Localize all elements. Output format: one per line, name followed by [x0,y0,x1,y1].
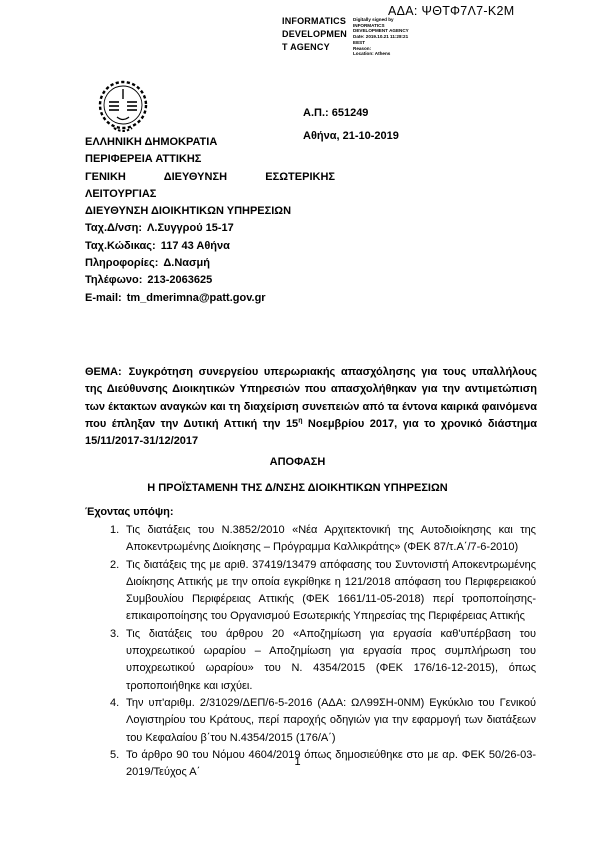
list-item-number: 2. [110,557,126,626]
contact-phone-label: Τηλέφωνο: [85,274,142,286]
contact-information-value: Δ.Νασμή [163,257,210,269]
city-and-date: Αθήνα, 21-10-2019 [303,130,399,142]
subject-paragraph: ΘΕΜΑ:Συγκρότηση συνεργείου υπερωριακής α… [85,364,537,450]
contact-address-value: Λ.Συγγρού 15-17 [147,222,234,234]
list-item: 3. Τις διατάξεις του άρθρου 20 «Αποζημίω… [110,626,536,695]
list-item: 4. Την υπ'αριθμ. 2/31029/ΔΕΠ/6-5-2016 (Α… [110,695,536,747]
signature-details: Digitally signed by INFORMATICS DEVELOPM… [353,15,409,57]
document-page: ΑΔΑ: ΨΘΤΦ7Λ7-Κ2Μ INFORMATICS DEVELOPMEN … [0,0,595,842]
letterhead-block: ΕΛΛΗΝΙΚΗ ΔΗΜΟΚΡΑΤΙΑ ΠΕΡΙΦΕΡΕΙΑ ΑΤΤΙΚΗΣ Γ… [85,134,335,307]
contact-phone: Τηλέφωνο:213-2063625 [85,272,335,289]
contact-email-label: E-mail: [85,292,122,304]
protocol-block: Α.Π.: 651249 Αθήνα, 21-10-2019 [303,107,399,142]
decision-title: ΑΠΟΦΑΣΗ [0,456,595,468]
contact-email: E-mail:tm_dmerimna@patt.gov.gr [85,290,335,307]
org-line-region: ΠΕΡΙΦΕΡΕΙΑ ΑΤΤΙΚΗΣ [85,151,335,168]
legal-basis-list: 1. Τις διατάξεις του Ν.3852/2010 «Νέα Αρ… [110,522,536,781]
contact-postal-code: Ταχ.Κώδικας:117 43 Αθήνα [85,238,335,255]
list-item-number: 1. [110,522,126,557]
org-line-republic: ΕΛΛΗΝΙΚΗ ΔΗΜΟΚΡΑΤΙΑ [85,134,335,151]
decision-subtitle: Η ΠΡΟΪΣΤΑΜΕΝΗ ΤΗΣ Δ/ΝΣΗΣ ΔΙΟΙΚΗΤΙΚΩΝ ΥΠΗ… [0,482,595,494]
list-item: 2. Τις διατάξεις της με αριθ. 37419/1347… [110,557,536,626]
contact-postal-code-value: 117 43 Αθήνα [161,240,230,252]
list-item-number: 3. [110,626,126,695]
subject-label: ΘΕΜΑ: [85,366,122,378]
contact-address-label: Ταχ.Δ/νση: [85,222,142,234]
contact-address: Ταχ.Δ/νση:Λ.Συγγρού 15-17 [85,220,335,237]
list-item-number: 4. [110,695,126,747]
digital-signature-stamp: INFORMATICS DEVELOPMEN T AGENCY Digitall… [282,15,409,57]
signature-agency-name: INFORMATICS DEVELOPMEN T AGENCY [282,15,348,57]
list-item-text: Τις διατάξεις του άρθρου 20 «Αποζημίωση … [126,626,536,695]
contact-information-label: Πληροφορίες: [85,257,158,269]
org-line-directorate: ΔΙΕΥΘΥΝΣΗ ΔΙΟΙΚΗΤΙΚΩΝ ΥΠΗΡΕΣΙΩΝ [85,203,335,220]
contact-phone-value: 213-2063625 [147,274,212,286]
list-item: 1. Τις διατάξεις του Ν.3852/2010 «Νέα Αρ… [110,522,536,557]
org-line-general-directorate: ΓΕΝΙΚΗ ΔΙΕΥΘΥΝΣΗ ΕΣΩΤΕΡΙΚΗΣ ΛΕΙΤΟΥΡΓΙΑΣ [85,169,335,204]
list-item-text: Τις διατάξεις της με αριθ. 37419/13479 α… [126,557,536,626]
contact-email-value: tm_dmerimna@patt.gov.gr [127,292,266,304]
contact-information: Πληροφορίες:Δ.Νασμή [85,255,335,272]
ada-code: ΑΔΑ: ΨΘΤΦ7Λ7-Κ2Μ [388,4,588,18]
list-item-text: Την υπ'αριθμ. 2/31029/ΔΕΠ/6-5-2016 (ΑΔΑ:… [126,695,536,747]
page-number: 1 [0,756,595,768]
having-regard-label: Έχοντας υπόψη: [85,506,174,518]
protocol-number: Α.Π.: 651249 [303,107,399,119]
contact-postal-code-label: Ταχ.Κώδικας: [85,240,156,252]
list-item-text: Τις διατάξεις του Ν.3852/2010 «Νέα Αρχιτ… [126,522,536,557]
